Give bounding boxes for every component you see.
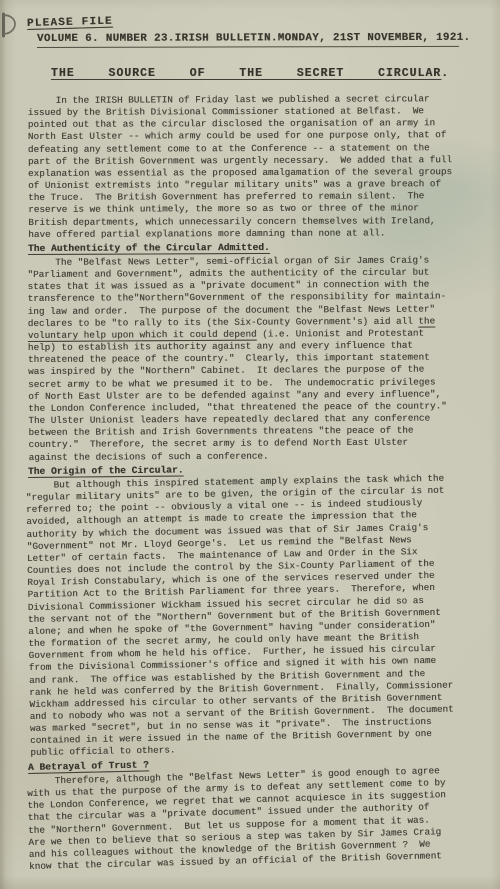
text-segment: "Parliament and Government", admits the … <box>27 267 429 280</box>
section-heading-text: A Betrayal of Trust ? <box>28 759 149 773</box>
pencil-flag-mark-icon <box>1 12 19 38</box>
text-segment: declares to be "to rally to its (the Six… <box>28 315 419 328</box>
please-file-label: PLEASE FILE <box>27 16 113 30</box>
text-segment: (i.e. Unionist and Protestant <box>257 328 424 340</box>
text-segment: have offered partial explanations more d… <box>28 227 385 240</box>
text-segment: North East Ulster -- which army could be… <box>28 130 446 143</box>
text-segment: The "Belfast News Letter", semi-official… <box>27 255 429 268</box>
volume-number: VOLUME 6. NUMBER 23. <box>37 33 175 45</box>
text-segment: defeating any settlement come to at the … <box>28 142 430 155</box>
text-segment: explanation was essential as the propose… <box>28 166 452 179</box>
text-segment: pointed out that as the circular disclos… <box>28 118 435 131</box>
text-segment: issued by the British Divisional Commiss… <box>28 105 424 118</box>
issue-date: MONDAY, 21ST NOVEMBER, 1921. <box>278 32 471 45</box>
text-segment: In the IRISH BULLETIN of Friday last we … <box>28 93 430 106</box>
text-segment: reserve is we think untimely, the more s… <box>28 203 419 216</box>
paragraph: Therefore, although the "Belfast News Le… <box>27 764 473 873</box>
text-segment: was inspired by the "Northern" Cabinet. … <box>28 364 424 377</box>
article-title-text: THE SOURCE OF THE SECRET CIRCULAR <box>51 67 441 80</box>
text-segment: threatened the peace of the country." Cl… <box>28 352 430 365</box>
publication-title: IRISH BULLETIN. <box>175 32 278 44</box>
underlined-phrase: the <box>418 315 435 326</box>
article-title-period: . <box>441 67 449 80</box>
underlined-phrase: voluntary help upon which it could depen… <box>28 329 257 341</box>
section-heading: The Authenticity of the Circular Admitte… <box>28 241 472 255</box>
article-body: In the IRISH BULLETIN of Friday last we … <box>0 80 500 873</box>
text-segment: help) to establish its authority against… <box>28 340 413 353</box>
text-segment: British departments, which unnecessarily… <box>28 215 435 228</box>
text-segment: states that it was issued as a "private … <box>28 279 430 292</box>
text-segment: country." Therefore, the secret army is … <box>28 437 407 450</box>
text-segment: of Unionist extremists into "regular mil… <box>28 178 441 191</box>
text-segment: part of the British Government was urgen… <box>28 154 452 167</box>
text-segment: against the decisions of such a conferen… <box>29 450 269 462</box>
text-line: have offered partial explanations more d… <box>28 227 472 241</box>
masthead: PLEASE FILE VOLUME 6. NUMBER 23. IRISH B… <box>0 0 500 48</box>
text-segment: between the British and Irish Government… <box>28 425 413 438</box>
text-segment: public official to others. <box>30 745 175 759</box>
paragraph: The "Belfast News Letter", semi-official… <box>27 254 472 463</box>
text-line: British departments, which unnecessarily… <box>28 215 472 229</box>
masthead-row: VOLUME 6. NUMBER 23. IRISH BULLETIN. MON… <box>37 32 459 48</box>
paragraph: In the IRISH BULLETIN of Friday last we … <box>28 93 473 241</box>
section-heading-text: The Origin of the Circular. <box>28 464 184 476</box>
paragraph: But although this inspired statement amp… <box>26 472 475 759</box>
please-file-note: PLEASE FILE <box>27 16 113 30</box>
scanned-document-page: PLEASE FILE VOLUME 6. NUMBER 23. IRISH B… <box>0 0 500 889</box>
text-segment: The Ulster Unionist leaders have repeate… <box>28 413 430 426</box>
section-heading-text: The Authenticity of the Circular Admitte… <box>28 242 270 254</box>
text-segment: the Truce. The British Government has pr… <box>28 191 424 204</box>
article-title: THE SOURCE OF THE SECRET CIRCULAR. <box>0 67 500 80</box>
